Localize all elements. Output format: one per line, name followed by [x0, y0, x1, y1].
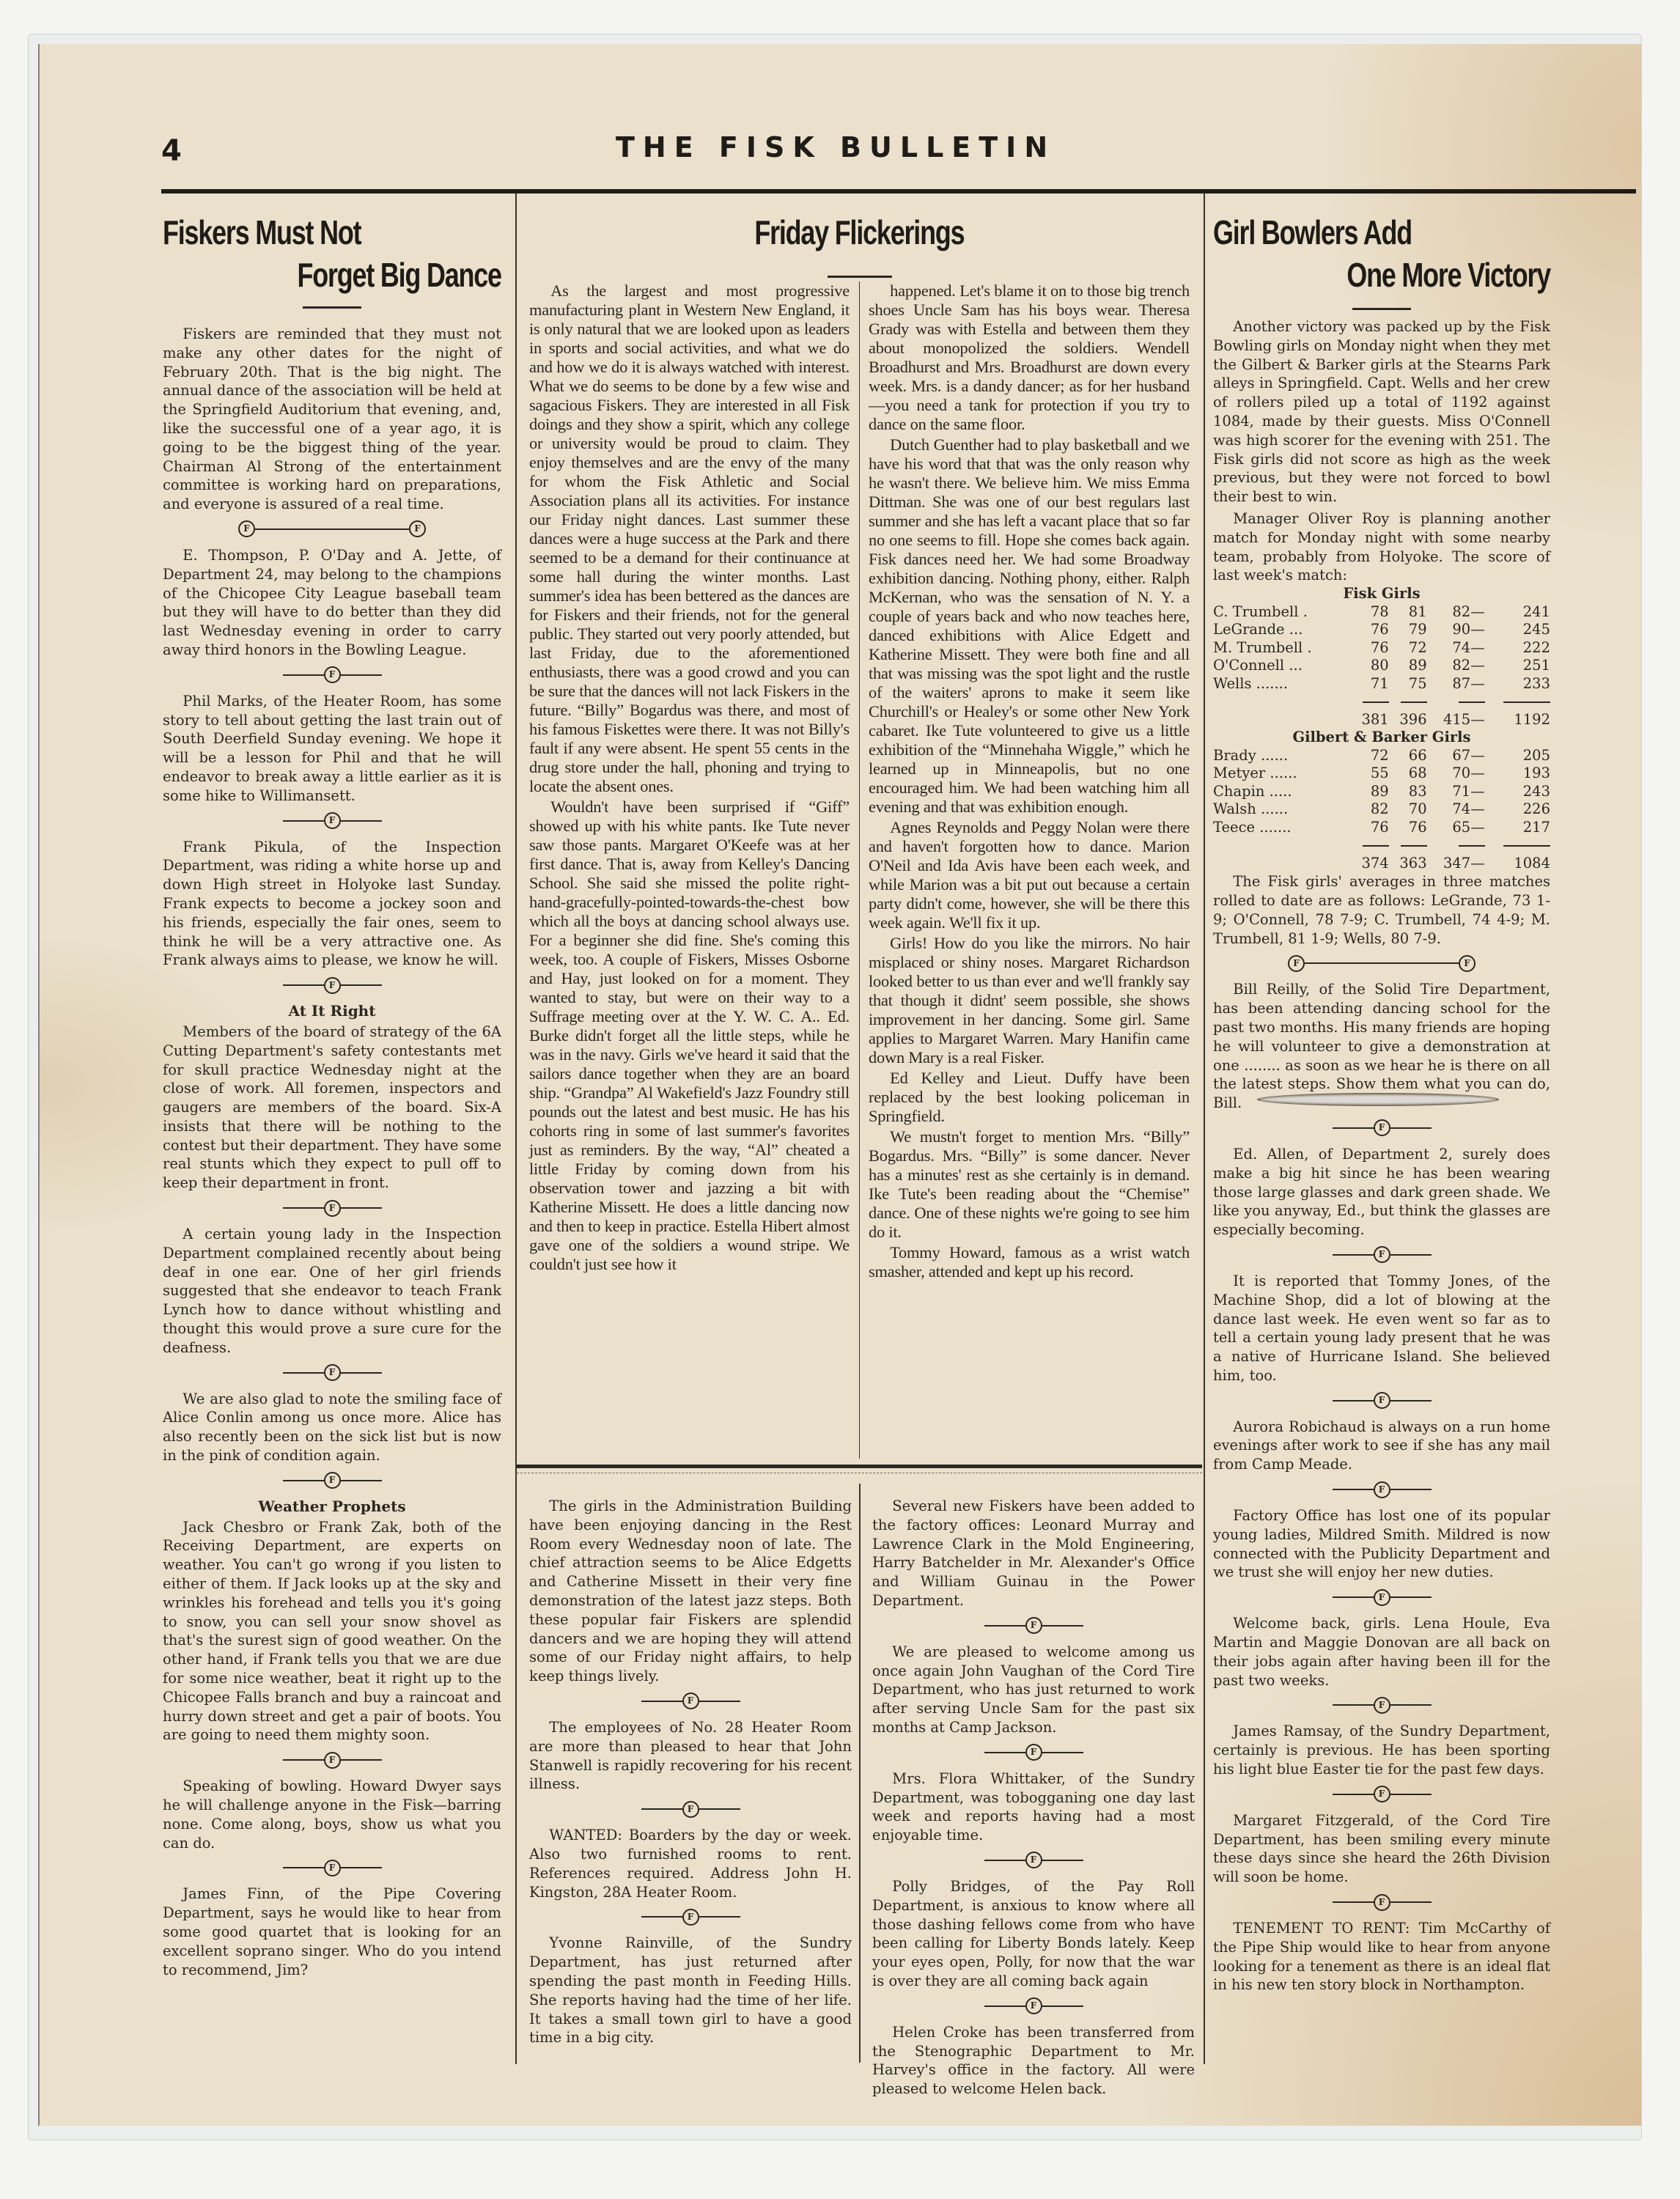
f-emblem-icon: F — [1374, 1786, 1390, 1802]
separator-ornament: F — [1213, 1391, 1550, 1410]
total-rule — [1213, 693, 1550, 711]
game-1-score: 82 — [1351, 800, 1389, 819]
separator-ornament: F — [1213, 1893, 1550, 1912]
section-divider — [517, 1465, 1202, 1473]
paragraph: Factory Office has lost one of its popul… — [1213, 1506, 1550, 1582]
total-score: 226 — [1485, 800, 1550, 819]
separator-ornament: FF — [163, 520, 501, 539]
headline-rule — [1352, 308, 1411, 310]
notes-body: The girls in the Administration Building… — [529, 1497, 852, 2047]
game-2-total: 396 — [1389, 711, 1427, 729]
team-name: Gilbert & Barker Girls — [1213, 729, 1550, 747]
f-emblem-icon: F — [1374, 1246, 1390, 1263]
separator-ornament: F — [163, 1858, 501, 1877]
bowler-name: Walsh ...... — [1213, 800, 1351, 819]
team-name: Fisk Girls — [1213, 585, 1550, 603]
separator-ornament: F — [529, 1800, 852, 1819]
headline-rule — [303, 306, 361, 309]
game-3-score: 70— — [1427, 765, 1485, 783]
paragraph: Tommy Howard, famous as a wrist watch sm… — [869, 1243, 1190, 1281]
article-fiskers-must-not-forget-big-dance: Fiskers Must Not Forget Big Dance Fisker… — [163, 211, 501, 1979]
score-row: Chapin .....898371—243 — [1213, 783, 1550, 801]
f-emblem-icon: F — [1288, 955, 1305, 972]
total-score: 245 — [1485, 621, 1550, 639]
separator-ornament: F — [872, 1851, 1195, 1870]
paragraph: Phil Marks, of the Heater Room, has some… — [163, 692, 501, 806]
f-emblem-icon: F — [682, 1692, 699, 1709]
spacer — [1213, 693, 1351, 711]
rule-cell — [1389, 693, 1427, 711]
separator-ornament: F — [163, 1750, 501, 1769]
f-emblem-icon: F — [324, 1200, 341, 1217]
headline: Girl Bowlers Add — [1213, 211, 1476, 254]
score-row: C. Trumbell .788182—241 — [1213, 603, 1550, 622]
paragraph: James Ramsay, of the Sundry Department, … — [1213, 1722, 1550, 1778]
paragraph: WANTED: Boarders by the day or week. Als… — [529, 1826, 852, 1901]
game-3-score: 82— — [1427, 657, 1485, 675]
bowling-score-table: Fisk GirlsC. Trumbell .788182—241LeGrand… — [1213, 585, 1550, 872]
game-3-score: 90— — [1427, 621, 1485, 639]
paragraph: E. Thompson, P. O'Day and A. Jette, of D… — [163, 546, 501, 660]
rule-cell — [1485, 693, 1550, 711]
paragraph: Ed. Allen, of Department 2, surely does … — [1213, 1145, 1550, 1240]
spacer — [1213, 711, 1351, 729]
separator-ornament: F — [529, 1692, 852, 1711]
notes-column-left: The girls in the Administration Building… — [529, 1497, 852, 2047]
separator-ornament: F — [529, 1907, 852, 1926]
column-divider — [515, 194, 517, 2064]
f-emblem-icon: F — [1025, 1852, 1042, 1868]
bowler-name: M. Trumbell . — [1213, 639, 1351, 658]
game-2-total: 363 — [1389, 855, 1427, 873]
paper-tear — [1257, 1093, 1499, 1106]
paragraph: Speaking of bowling. Howard Dwyer says h… — [163, 1777, 501, 1852]
paragraph: A certain young lady in the Inspection D… — [163, 1225, 501, 1358]
separator-ornament: F — [872, 1743, 1195, 1762]
rule-cell — [1351, 836, 1389, 855]
f-emblem-icon: F — [1025, 1617, 1042, 1634]
paragraph: We mustn't forget to mention Mrs. “Billy… — [869, 1127, 1190, 1242]
article-body: Fiskers are reminded that they must not … — [163, 325, 501, 1979]
paragraph: The girls in the Administration Building… — [529, 1497, 852, 1686]
f-emblem-icon: F — [324, 977, 341, 994]
total-score: 233 — [1485, 675, 1550, 693]
separator-ornament: F — [1213, 1480, 1550, 1499]
paragraph: Aurora Robichaud is always on a run home… — [1213, 1418, 1550, 1474]
article-body: The Fisk girls' averages in three matche… — [1213, 872, 1550, 1994]
game-1-score: 55 — [1351, 765, 1389, 783]
f-emblem-icon: F — [1459, 955, 1475, 972]
f-emblem-icon: F — [324, 1860, 341, 1876]
separator-ornament: F — [872, 1997, 1195, 2016]
paragraph: Fiskers are reminded that they must not … — [163, 325, 501, 514]
separator-ornament: F — [1213, 1119, 1550, 1138]
totals-row: 374363347—1084 — [1213, 855, 1550, 873]
total-score: 243 — [1485, 783, 1550, 801]
rule-cell — [1389, 836, 1427, 855]
masthead: 4 THE FISK BULLETIN — [0, 121, 1680, 180]
separator-ornament: FF — [1213, 954, 1550, 973]
separator-ornament: F — [1213, 1785, 1550, 1804]
paragraph: James Finn, of the Pipe Covering Departm… — [163, 1885, 501, 1979]
separator-ornament: F — [163, 1198, 501, 1218]
game-3-total: 347— — [1427, 855, 1485, 873]
game-2-score: 83 — [1389, 783, 1427, 801]
f-emblem-icon: F — [1025, 1997, 1042, 2014]
game-1-total: 381 — [1351, 711, 1389, 729]
grand-total: 1084 — [1485, 855, 1550, 873]
f-emblem-icon: F — [1374, 1119, 1390, 1136]
f-emblem-icon: F — [1374, 1697, 1390, 1714]
paragraph: happened. Let's blame it on to those big… — [869, 281, 1190, 434]
separator-ornament: F — [872, 1616, 1195, 1635]
total-score: 222 — [1485, 639, 1550, 658]
paragraph: TENEMENT TO RENT: Tim McCarthy of the Pi… — [1213, 1919, 1550, 1994]
game-3-score: 71— — [1427, 783, 1485, 801]
paragraph: As the largest and most progressive manu… — [529, 281, 850, 796]
game-3-score: 74— — [1427, 800, 1485, 819]
totals-row: 381396415—1192 — [1213, 711, 1550, 729]
paragraph: Wouldn't have been surprised if “Giff” s… — [529, 798, 850, 1274]
article-intro: Another victory was packed up by the Fis… — [1213, 317, 1550, 585]
masthead-rule — [161, 189, 1636, 194]
score-row: Brady ......726667—205 — [1213, 747, 1550, 765]
game-1-total: 374 — [1351, 855, 1389, 873]
score-row: Teece .......767665—217 — [1213, 819, 1550, 837]
paragraph: Dutch Guenther had to play basketball an… — [869, 435, 1190, 817]
total-score: 205 — [1485, 747, 1550, 765]
paragraph: The Fisk girls' averages in three matche… — [1213, 872, 1550, 948]
notes-body: Several new Fiskers have been added to t… — [872, 1497, 1195, 2099]
game-1-score: 71 — [1351, 675, 1389, 693]
separator-ornament: F — [163, 1471, 501, 1490]
paragraph: We are also glad to note the smiling fac… — [163, 1390, 501, 1465]
paragraph: It is reported that Tommy Jones, of the … — [1213, 1272, 1550, 1385]
bowler-name: Brady ...... — [1213, 747, 1351, 765]
f-emblem-icon: F — [682, 1909, 699, 1926]
article-body-column-a: As the largest and most progressive manu… — [529, 281, 850, 1274]
f-emblem-icon: F — [238, 520, 255, 537]
bowler-name: C. Trumbell . — [1213, 603, 1351, 622]
total-score: 251 — [1485, 657, 1550, 675]
spacer — [1213, 836, 1351, 855]
f-emblem-icon: F — [1025, 1744, 1042, 1761]
total-score: 217 — [1485, 819, 1550, 837]
f-emblem-icon: F — [1374, 1589, 1390, 1606]
score-row: Wells .......717587—233 — [1213, 675, 1550, 693]
column-divider — [859, 1484, 861, 2063]
page-number: 4 — [161, 134, 182, 168]
game-2-score: 76 — [1389, 819, 1427, 837]
game-2-score: 79 — [1389, 621, 1427, 639]
game-2-score: 66 — [1389, 747, 1427, 765]
f-emblem-icon: F — [324, 1752, 341, 1769]
total-rule — [1213, 836, 1550, 855]
paragraph: We are pleased to welcome among us once … — [872, 1643, 1195, 1737]
score-row: Walsh ......827074—226 — [1213, 800, 1550, 819]
game-1-score: 78 — [1351, 603, 1389, 622]
bowler-name: Metyer ...... — [1213, 765, 1351, 783]
paragraph: Helen Croke has been transferred from th… — [872, 2023, 1195, 2099]
paragraph: Agnes Reynolds and Peggy Nolan were ther… — [869, 818, 1190, 932]
game-2-score: 89 — [1389, 657, 1427, 675]
rule-cell — [1427, 693, 1485, 711]
bowler-name: Wells ....... — [1213, 675, 1351, 693]
separator-ornament: F — [1213, 1588, 1550, 1607]
f-emblem-icon: F — [1374, 1392, 1390, 1409]
game-2-score: 68 — [1389, 765, 1427, 783]
grand-total: 1192 — [1485, 711, 1550, 729]
separator-ornament: F — [163, 666, 501, 685]
newspaper-title: THE FISK BULLETIN — [616, 131, 1055, 163]
game-1-score: 76 — [1351, 639, 1389, 658]
f-emblem-icon: F — [682, 1801, 699, 1818]
f-emblem-icon: F — [1374, 1481, 1390, 1498]
paragraph: Members of the board of strategy of the … — [163, 1023, 501, 1193]
paragraph: Jack Chesbro or Frank Zak, both of the R… — [163, 1518, 501, 1745]
game-3-total: 415— — [1427, 711, 1485, 729]
spacer — [1213, 855, 1351, 873]
headline-rule — [828, 276, 892, 278]
paragraph: Polly Bridges, of the Pay Roll Departmen… — [872, 1877, 1195, 1991]
separator-ornament: F — [163, 976, 501, 995]
column-divider — [1204, 194, 1205, 2064]
separator-ornament: F — [1213, 1695, 1550, 1714]
article-body-column-b: happened. Let's blame it on to those big… — [869, 281, 1190, 1281]
rule-cell — [1485, 836, 1550, 855]
game-3-score: 74— — [1427, 639, 1485, 658]
game-2-score: 70 — [1389, 800, 1427, 819]
paragraph: Several new Fiskers have been added to t… — [872, 1497, 1195, 1610]
bowler-name: O'Connell ... — [1213, 657, 1351, 675]
score-row: M. Trumbell .767274—222 — [1213, 639, 1550, 658]
score-row: LeGrande ...767990—245 — [1213, 621, 1550, 639]
game-1-score: 72 — [1351, 747, 1389, 765]
game-3-score: 82— — [1427, 603, 1485, 622]
game-3-score: 65— — [1427, 819, 1485, 837]
headline: One More Victory — [1346, 254, 1550, 296]
paragraph: Girls! How do you like the mirrors. No h… — [869, 934, 1190, 1067]
notes-column-right: Several new Fiskers have been added to t… — [872, 1497, 1195, 2099]
paragraph: Yvonne Rainville, of the Sundry Departme… — [529, 1934, 852, 2047]
bowler-name: Teece ....... — [1213, 819, 1351, 837]
headline: Forget Big Dance — [298, 254, 501, 296]
paragraph: Mrs. Flora Whittaker, of the Sundry Depa… — [872, 1769, 1195, 1845]
subheading: At It Right — [163, 1002, 501, 1021]
f-emblem-icon: F — [324, 666, 341, 683]
bowler-name: LeGrande ... — [1213, 621, 1351, 639]
f-emblem-icon: F — [1374, 1894, 1390, 1911]
game-2-score: 75 — [1389, 675, 1427, 693]
f-emblem-icon: F — [409, 520, 426, 537]
paragraph: Manager Oliver Roy is planning another m… — [1213, 509, 1550, 585]
score-tables: Fisk GirlsC. Trumbell .788182—241LeGrand… — [1213, 585, 1550, 872]
rule-cell — [1351, 693, 1389, 711]
rule-cell — [1427, 836, 1485, 855]
game-3-score: 67— — [1427, 747, 1485, 765]
f-emblem-icon: F — [324, 1472, 341, 1489]
subheading: Weather Prophets — [163, 1498, 501, 1517]
paragraph: Welcome back, girls. Lena Houle, Eva Mar… — [1213, 1614, 1550, 1690]
bowler-name: Chapin ..... — [1213, 783, 1351, 801]
game-1-score: 80 — [1351, 657, 1389, 675]
paragraph: The employees of No. 28 Heater Room are … — [529, 1718, 852, 1794]
f-emblem-icon: F — [324, 812, 341, 829]
separator-ornament: F — [163, 811, 501, 830]
score-row: O'Connell ...808982—251 — [1213, 657, 1550, 675]
paragraph: Another victory was packed up by the Fis… — [1213, 317, 1550, 507]
game-1-score: 89 — [1351, 783, 1389, 801]
inner-column-divider — [859, 281, 860, 1459]
game-2-score: 81 — [1389, 603, 1427, 622]
score-row: Metyer ......556870—193 — [1213, 765, 1550, 783]
headline: Friday Flickerings — [754, 211, 964, 254]
headline: Fiskers Must Not — [163, 211, 427, 254]
paragraph: Margaret Fitzgerald, of the Cord Tire De… — [1213, 1811, 1550, 1887]
total-score: 193 — [1485, 765, 1550, 783]
game-1-score: 76 — [1351, 621, 1389, 639]
game-1-score: 76 — [1351, 819, 1389, 837]
paragraph: Frank Pikula, of the Inspection Departme… — [163, 838, 501, 970]
f-emblem-icon: F — [324, 1364, 341, 1381]
game-3-score: 87— — [1427, 675, 1485, 693]
paragraph: Ed Kelley and Lieut. Duffy have been rep… — [869, 1069, 1190, 1126]
separator-ornament: F — [1213, 1245, 1550, 1264]
total-score: 241 — [1485, 603, 1550, 622]
game-2-score: 72 — [1389, 639, 1427, 658]
separator-ornament: F — [163, 1363, 501, 1382]
article-friday-flickerings: Friday Flickerings — [517, 211, 1202, 278]
